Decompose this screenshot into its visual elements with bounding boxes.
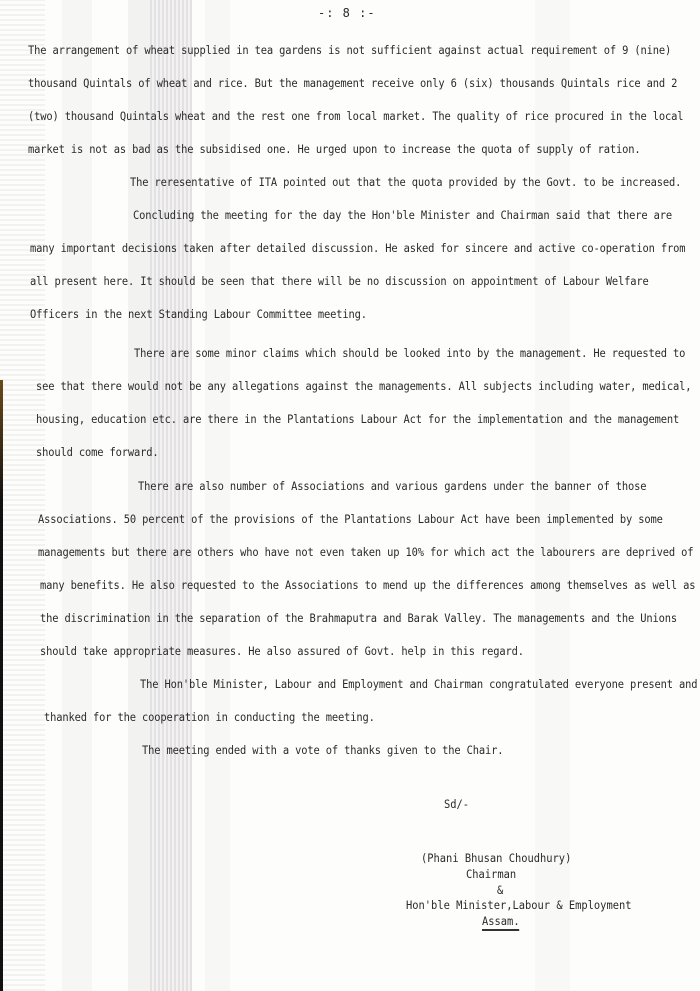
text-line: should come forward. — [36, 446, 158, 459]
text-line: many important decisions taken after det… — [30, 242, 685, 255]
signatory-name: (Phani Bhusan Choudhury) — [421, 852, 571, 865]
signature-sd: Sd/- — [444, 798, 469, 811]
text-line: many benefits. He also requested to the … — [40, 579, 695, 592]
text-line: The reresentative of ITA pointed out tha… — [130, 176, 681, 189]
text-line: thousand Quintals of wheat and rice. But… — [28, 77, 677, 90]
text-line: see that there would not be any allegati… — [36, 380, 691, 393]
text-line: (two) thousand Quintals wheat and the re… — [28, 110, 683, 123]
page-edge-shadow — [0, 380, 3, 991]
text-line: thanked for the cooperation in conductin… — [44, 711, 375, 724]
text-line: Officers in the next Standing Labour Com… — [30, 308, 367, 321]
text-line: There are also number of Associations an… — [138, 480, 646, 493]
text-line: Associations. 50 percent of the provisio… — [38, 513, 663, 526]
text-line: Concluding the meeting for the day the H… — [133, 209, 672, 222]
text-line: the discrimination in the separation of … — [40, 612, 677, 625]
signatory-place: Assam. — [482, 915, 520, 931]
text-line: managements but there are others who hav… — [38, 546, 693, 559]
text-line: The Hon'ble Minister, Labour and Employm… — [140, 678, 697, 691]
text-line: housing, education etc. are there in the… — [36, 413, 679, 426]
text-line: market is not as bad as the subsidised o… — [28, 143, 640, 156]
text-line: all present here. It should be seen that… — [30, 275, 649, 288]
text-line: The meeting ended with a vote of thanks … — [142, 744, 503, 757]
signatory-title-chairman: Chairman — [466, 868, 516, 881]
text-line: There are some minor claims which should… — [134, 347, 685, 360]
text-line: The arrangement of wheat supplied in tea… — [28, 44, 671, 57]
page-number: -: 8 :- — [318, 6, 376, 20]
signatory-title-minister: Hon'ble Minister,Labour & Employment — [406, 899, 632, 912]
signatory-ampersand: & — [497, 884, 503, 897]
text-line: should take appropriate measures. He als… — [40, 645, 524, 658]
